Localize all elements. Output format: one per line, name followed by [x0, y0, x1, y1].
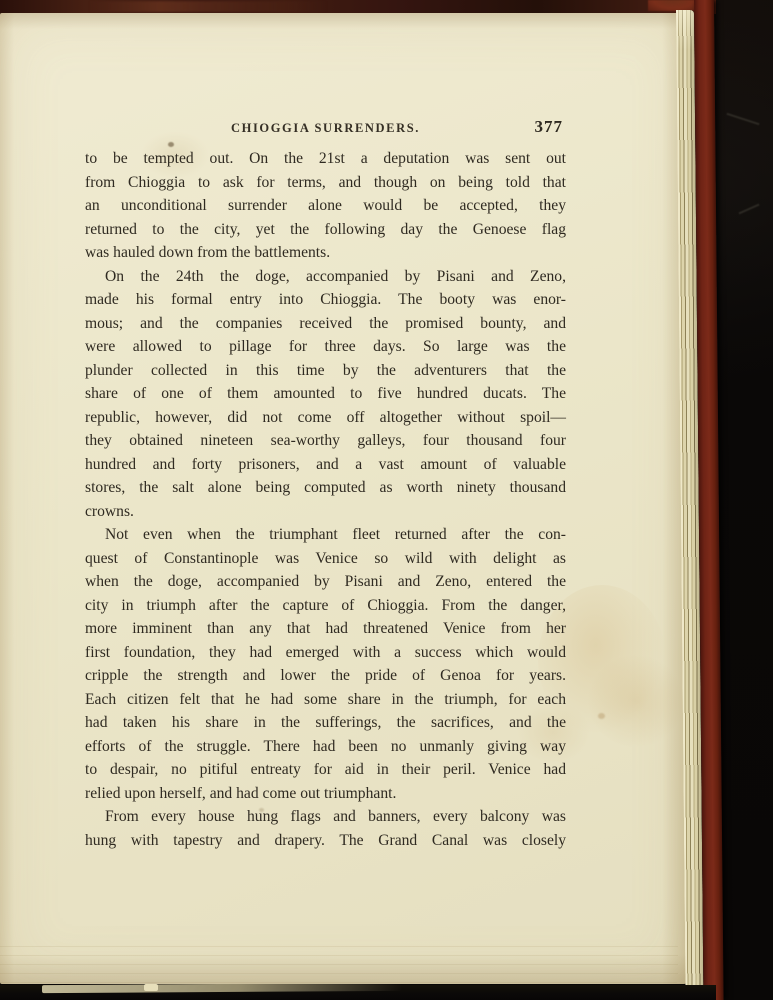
text-line: republic, however, did not come off alto… [85, 406, 566, 430]
text-line: stores, the salt alone being computed as… [85, 476, 566, 500]
text-line: an unconditional surrender alone would b… [85, 194, 566, 218]
text-line: city in triumph after the capture of Chi… [85, 594, 566, 618]
text-line: relied upon herself, and had come out tr… [85, 782, 566, 806]
running-header: CHIOGGIA SURRENDERS. 377 [85, 119, 566, 141]
page-number: 377 [535, 117, 564, 137]
cover-top-highlight [88, 1, 328, 12]
text-line: crowns. [85, 500, 566, 524]
text-line: made his formal entry into Chioggia. The… [85, 288, 566, 312]
running-header-title: CHIOGGIA SURRENDERS. [85, 121, 566, 136]
text-line: Each citizen felt that he had some share… [85, 688, 566, 712]
text-line: returned to the city, yet the following … [85, 218, 566, 242]
foxing-stain [588, 655, 684, 747]
paragraph: to be tempted out. On the 21st a deputat… [85, 147, 566, 265]
text-line: share of one of them amounted to five hu… [85, 382, 566, 406]
text-line: was hauled down from the battlements. [85, 241, 566, 265]
bottom-page-edge-notch [144, 984, 158, 991]
paragraph: On the 24th the doge, accompanied by Pis… [85, 265, 566, 524]
text-line: efforts of the struggle. There had been … [85, 735, 566, 759]
body-text: to be tempted out. On the 21st a deputat… [85, 147, 566, 852]
paper-speck [598, 713, 605, 719]
text-line: quest of Constantinople was Venice so wi… [85, 547, 566, 571]
text-line: On the 24th the doge, accompanied by Pis… [85, 265, 566, 289]
text-line: mous; and the companies received the pro… [85, 312, 566, 336]
text-line: to despair, no pitiful entreaty for aid … [85, 758, 566, 782]
book-page: CHIOGGIA SURRENDERS. 377 to be tempted o… [0, 13, 688, 984]
text-line: were allowed to pillage for three days. … [85, 335, 566, 359]
text-line: Not even when the triumphant fleet retur… [85, 523, 566, 547]
text-line: when the doge, accompanied by Pisani and… [85, 570, 566, 594]
text-line: first foundation, they had emerged with … [85, 641, 566, 665]
text-line: they obtained nineteen sea-worthy galley… [85, 429, 566, 453]
text-line: to be tempted out. On the 21st a deputat… [85, 147, 566, 171]
book-photo-scene: CHIOGGIA SURRENDERS. 377 to be tempted o… [0, 0, 773, 1000]
background-scratch [727, 113, 760, 125]
text-line: hung with tapestry and drapery. The Gran… [85, 829, 566, 853]
text-line: cripple the strength and lower the pride… [85, 664, 566, 688]
paragraph: Not even when the triumphant fleet retur… [85, 523, 566, 805]
text-line: plunder collected in this time by the ad… [85, 359, 566, 383]
text-line: more imminent than any that had threaten… [85, 617, 566, 641]
paragraph: From every house hung flags and banners,… [85, 805, 566, 852]
text-line: from Chioggia to ask for terms, and thou… [85, 171, 566, 195]
background-scratch [739, 204, 760, 215]
text-line: From every house hung flags and banners,… [85, 805, 566, 829]
bottom-page-stack-lines [0, 938, 678, 984]
text-line: had taken his share in the sufferings, t… [85, 711, 566, 735]
text-line: hundred and forty prisoners, and a vast … [85, 453, 566, 477]
cover-top-right-corner [648, 0, 700, 11]
